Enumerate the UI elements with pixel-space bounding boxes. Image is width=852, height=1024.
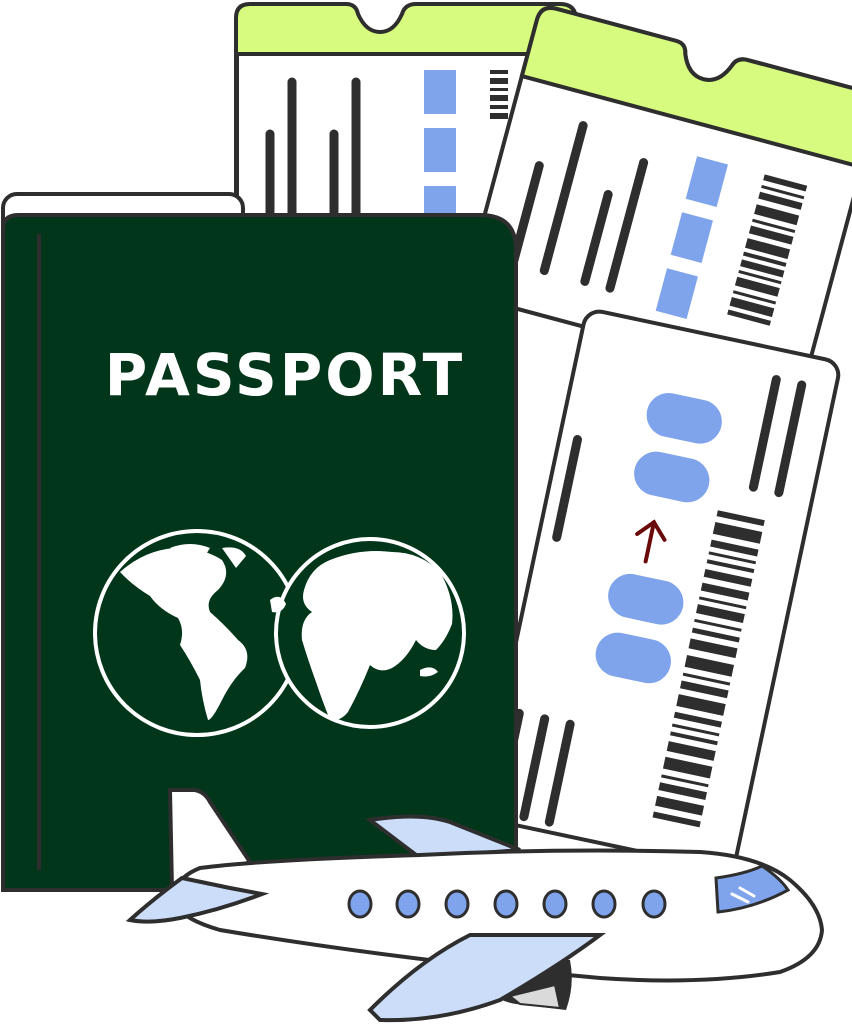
travel-illustration: PASSPORT xyxy=(0,0,852,1024)
boarding-pass-front xyxy=(479,309,841,872)
passport-title: PASSPORT xyxy=(105,341,465,409)
